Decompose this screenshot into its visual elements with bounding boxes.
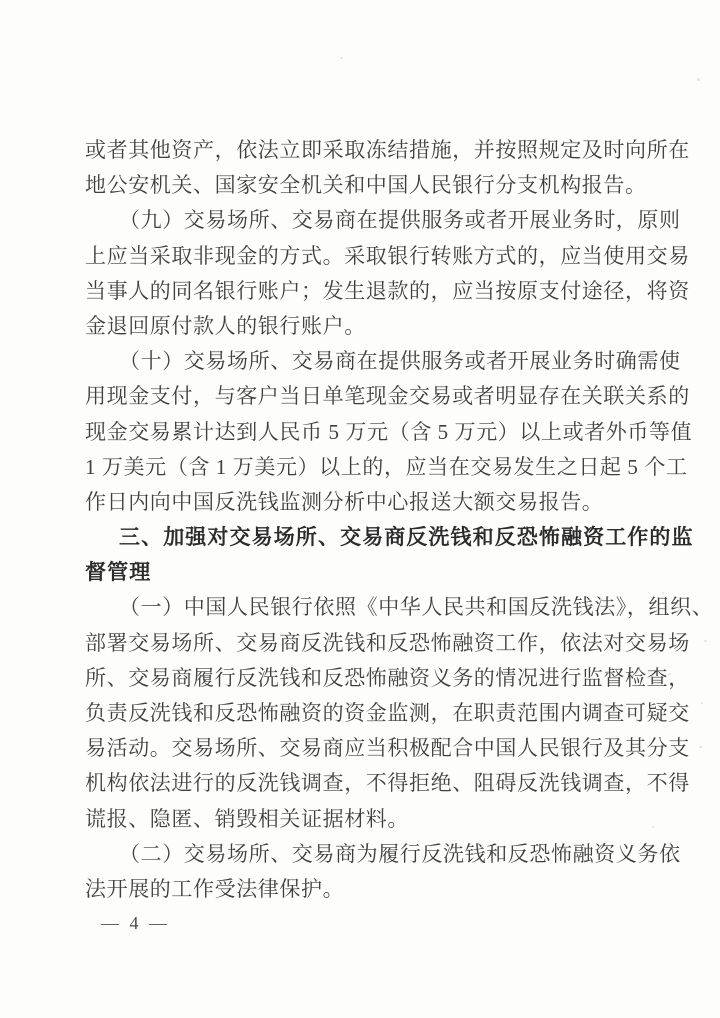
paragraph-start-line: （一）中国人民银行依照《中华人民共和国反洗钱法》，组织、	[85, 590, 641, 625]
scan-speck	[699, 746, 702, 748]
text-line: 上应当采取非现金的方式。采取银行转账方式的，应当使用交易	[85, 239, 641, 274]
scan-speck	[636, 672, 638, 674]
text-line: 所、交易商履行反洗钱和反恐怖融资义务的情况进行监督检查，	[85, 661, 641, 696]
scanned-document-page: 或者其他资产，依法立即采取冻结措施，并按照规定及时向所在 地公安机关、国家安全机…	[0, 0, 720, 1018]
scan-speck	[662, 592, 664, 594]
section-heading-line: 三、加强对交易场所、交易商反洗钱和反恐怖融资工作的监	[85, 520, 641, 555]
paragraph-start-line: （二）交易场所、交易商为履行反洗钱和反恐怖融资义务依	[85, 837, 641, 872]
scan-speck	[697, 78, 700, 81]
scan-speck	[340, 57, 343, 59]
scan-speck	[668, 673, 671, 675]
text-line: 机构依法进行的反洗钱调查，不得拒绝、阻碍反洗钱调查，不得	[85, 766, 641, 801]
text-line: 作日内向中国反洗钱监测分析中心报送大额交易报告。	[85, 485, 641, 520]
text-line: 法开展的工作受法律保护。	[85, 872, 641, 907]
scan-speck	[646, 716, 648, 718]
text-line: 负责反洗钱和反恐怖融资的资金监测，在职责范围内调查可疑交	[85, 696, 641, 731]
scan-speck	[652, 826, 654, 828]
text-line: 现金交易累计达到人民币 5 万元（含 5 万元）以上或者外币等值	[85, 415, 641, 450]
scan-speck	[701, 702, 703, 704]
text-line: 或者其他资产，依法立即采取冻结措施，并按照规定及时向所在	[85, 133, 641, 168]
page-number: — 4 —	[101, 912, 170, 934]
text-line: 地公安机关、国家安全机关和中国人民银行分支机构报告。	[85, 168, 641, 203]
document-text-block: 或者其他资产，依法立即采取冻结措施，并按照规定及时向所在 地公安机关、国家安全机…	[85, 133, 641, 907]
text-line: 部署交易场所、交易商反洗钱和反恐怖融资工作，依法对交易场	[85, 626, 641, 661]
scan-speck	[704, 640, 707, 642]
paragraph-start-line: （九）交易场所、交易商在提供服务或者开展业务时，原则	[85, 203, 641, 238]
text-line: 1 万美元（含 1 万美元）以上的，应当在交易发生之日起 5 个工	[85, 450, 641, 485]
text-line: 当事人的同名银行账户；发生退款的，应当按原支付途径，将资	[85, 274, 641, 309]
section-heading-line: 督管理	[85, 555, 641, 590]
text-line: 金退回原付款人的银行账户。	[85, 309, 641, 344]
paragraph-start-line: （十）交易场所、交易商在提供服务或者开展业务时确需使	[85, 344, 641, 379]
text-line: 谎报、隐匿、销毁相关证据材料。	[85, 802, 641, 837]
text-line: 易活动。交易场所、交易商应当积极配合中国人民银行及其分支	[85, 731, 641, 766]
text-line: 用现金支付，与客户当日单笔现金交易或者明显存在关联关系的	[85, 379, 641, 414]
